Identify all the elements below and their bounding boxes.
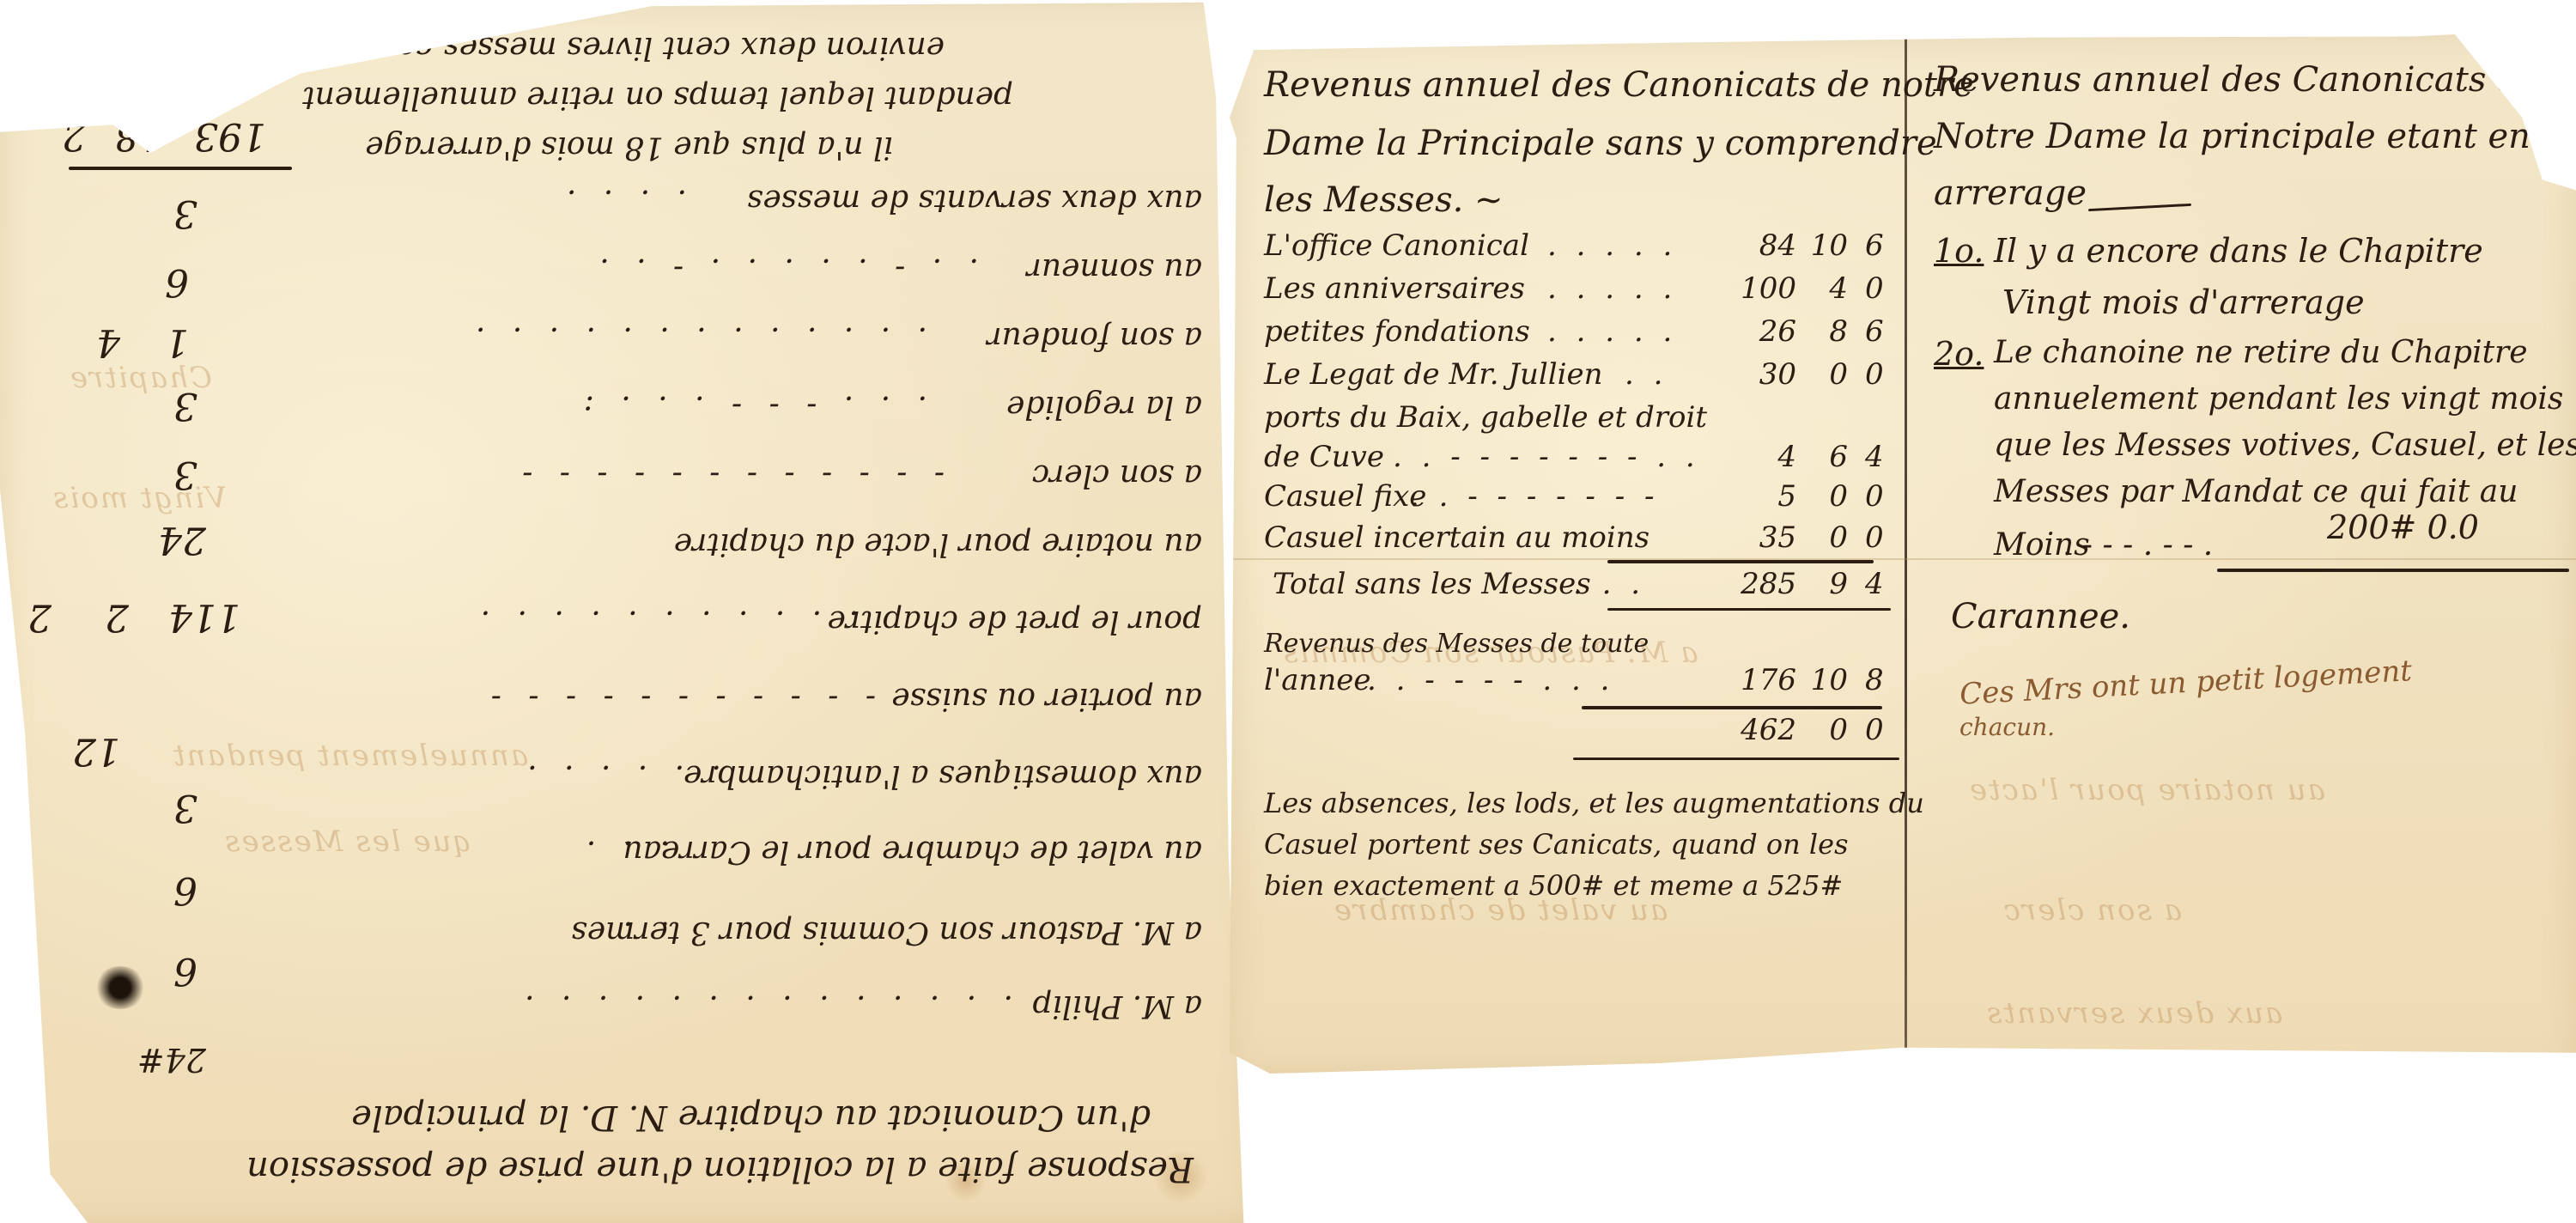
left-manuscript-leaf: Chapitre Vingt mois annuelement pendant …: [0, 0, 1254, 1223]
column1-note-line-3: bien exactement a 500# et meme a 525#: [1264, 864, 1843, 907]
item-2-line-2: annuelement pendant les vingt mois: [1994, 381, 2563, 417]
item-2-number: 2o.: [1934, 335, 1984, 373]
left-entry-value: 3: [173, 786, 197, 830]
subtotal-underline: [1607, 608, 1891, 611]
left-entry-subvalue: 2: [27, 595, 52, 639]
left-entry-subvalue: 4: [96, 320, 120, 364]
revenue-row: ports du Baix, gabelle et droit: [1264, 400, 1899, 440]
revenue-row: Le Legat de Mr. Jullien . . 30 0 0: [1264, 357, 1899, 397]
column1-title-line-1: Revenus annuel des Canonicats de notre: [1264, 58, 1974, 112]
left-entry-value: 3: [173, 384, 197, 428]
left-footer-line-3: environ deux cent livres messes comprise…: [274, 30, 945, 65]
column1-title-line-3: les Messes. ~: [1264, 173, 1504, 227]
left-entry-subvalue: 12: [72, 729, 120, 773]
left-entry-subvalue: 2: [105, 595, 129, 639]
left-header-line-2: d'un Canonicat au chapitre N. D. la prin…: [351, 1098, 1151, 1137]
brown-note-line-1: Ces Mrs ont un petit logement: [1959, 654, 2413, 712]
masses-row: l'annee . . - - - - . . . 176 10 8: [1264, 663, 1899, 703]
grand-total-underline: [1573, 758, 1899, 760]
left-entry-value: 114: [168, 595, 240, 639]
left-entry-value: 6: [173, 868, 197, 912]
total-sols: 18: [115, 114, 163, 158]
total-rule: [69, 167, 292, 170]
currency-mark: 24#: [137, 1041, 206, 1079]
left-entry-value: 3: [173, 192, 197, 235]
item-1-line-1: Il y a encore dans le Chapitre: [1994, 232, 2483, 270]
revenue-row: L'office Canonical . . . . . 84 10 6: [1264, 228, 1899, 268]
item-2-line-4: Messes par Mandat ce qui fait au: [1994, 474, 2518, 509]
left-entry-value: 6: [165, 260, 189, 304]
column2-title-line-1: Revenus annuel des Canonicats de: [1934, 60, 2539, 100]
brown-note-line-2: chacun.: [1959, 713, 2055, 741]
left-entry-value: 6: [173, 949, 197, 993]
revenue-row: Les anniversaires . . . . . 100 4 0: [1264, 271, 1899, 311]
column1-note-line-2: Casuel portent ses Canicats, quand on le…: [1264, 823, 1848, 866]
item-2-rule: [2217, 569, 2569, 572]
total-livres: 193: [194, 114, 266, 158]
item-2-amount: 200# 0.0: [2327, 508, 2479, 546]
column1-title-line-2: Dame la Principale sans y comprendre: [1264, 117, 1937, 170]
left-header-line-1: Response faite a la collation d'une pris…: [246, 1149, 1194, 1189]
caranne-heading: Carannee.: [1951, 597, 2130, 636]
left-entry-value: 3: [173, 453, 197, 496]
revenue-row: Casuel fixe . . - - - - - - - 5 0 0: [1264, 479, 1899, 519]
column2-title-line-3: arrerage: [1934, 173, 2087, 213]
leader-dots: . - - - . - - .: [2063, 527, 2213, 563]
left-footer-line-2: pendant lequel temps on retire annuellem…: [302, 80, 1013, 115]
column2-title-line-2: Notre Dame la principale etant en: [1934, 117, 2530, 156]
bleed-through-text: a son clerc: [2002, 893, 2182, 928]
left-entry-value: 1: [165, 320, 189, 364]
total-deniers: 2: [62, 114, 86, 158]
item-2-line-3: que les Messes votives, Casuel, et les: [1994, 428, 2576, 463]
title-flourish-rule: [2088, 204, 2191, 211]
item-1-line-2: Vingt mois d'arrerage: [2002, 283, 2365, 321]
column1-note-line-1: Les absences, les lods, et les augmentat…: [1264, 782, 1924, 824]
subtotal-rule: [1607, 560, 1874, 563]
left-entry-value: 24: [158, 518, 206, 562]
bleed-through-text: aux deux servants: [1985, 996, 2282, 1031]
grand-total-row: 462 0 0: [1264, 713, 1899, 752]
item-1-number: 1o.: [1934, 232, 1984, 270]
revenue-row: petites fondations . . . . . 26 8 6: [1264, 314, 1899, 354]
revenue-row: Casuel incertain au moins 35 0 0: [1264, 520, 1899, 560]
upside-down-text-block: Response faite a la collation d'une pris…: [0, 0, 1254, 1223]
bleed-through-text: au notaire pour l'acte: [1968, 773, 2325, 807]
subtotal-row: Total sans les Messes . . . 285 9 4: [1264, 567, 1899, 606]
left-footer-line-1: il n'a plus que 18 mois d'arrerage: [365, 130, 893, 165]
item-2-line-1: Le chanoine ne retire du Chapitre: [1994, 335, 2528, 370]
right-manuscript-leaf: a M. Pastour son Commis au valet de cham…: [1230, 34, 2576, 1074]
revenue-row: de Cuve . . - - - - - - - . . 4 6 4: [1264, 440, 1899, 479]
grand-total-rule: [1582, 706, 1882, 709]
